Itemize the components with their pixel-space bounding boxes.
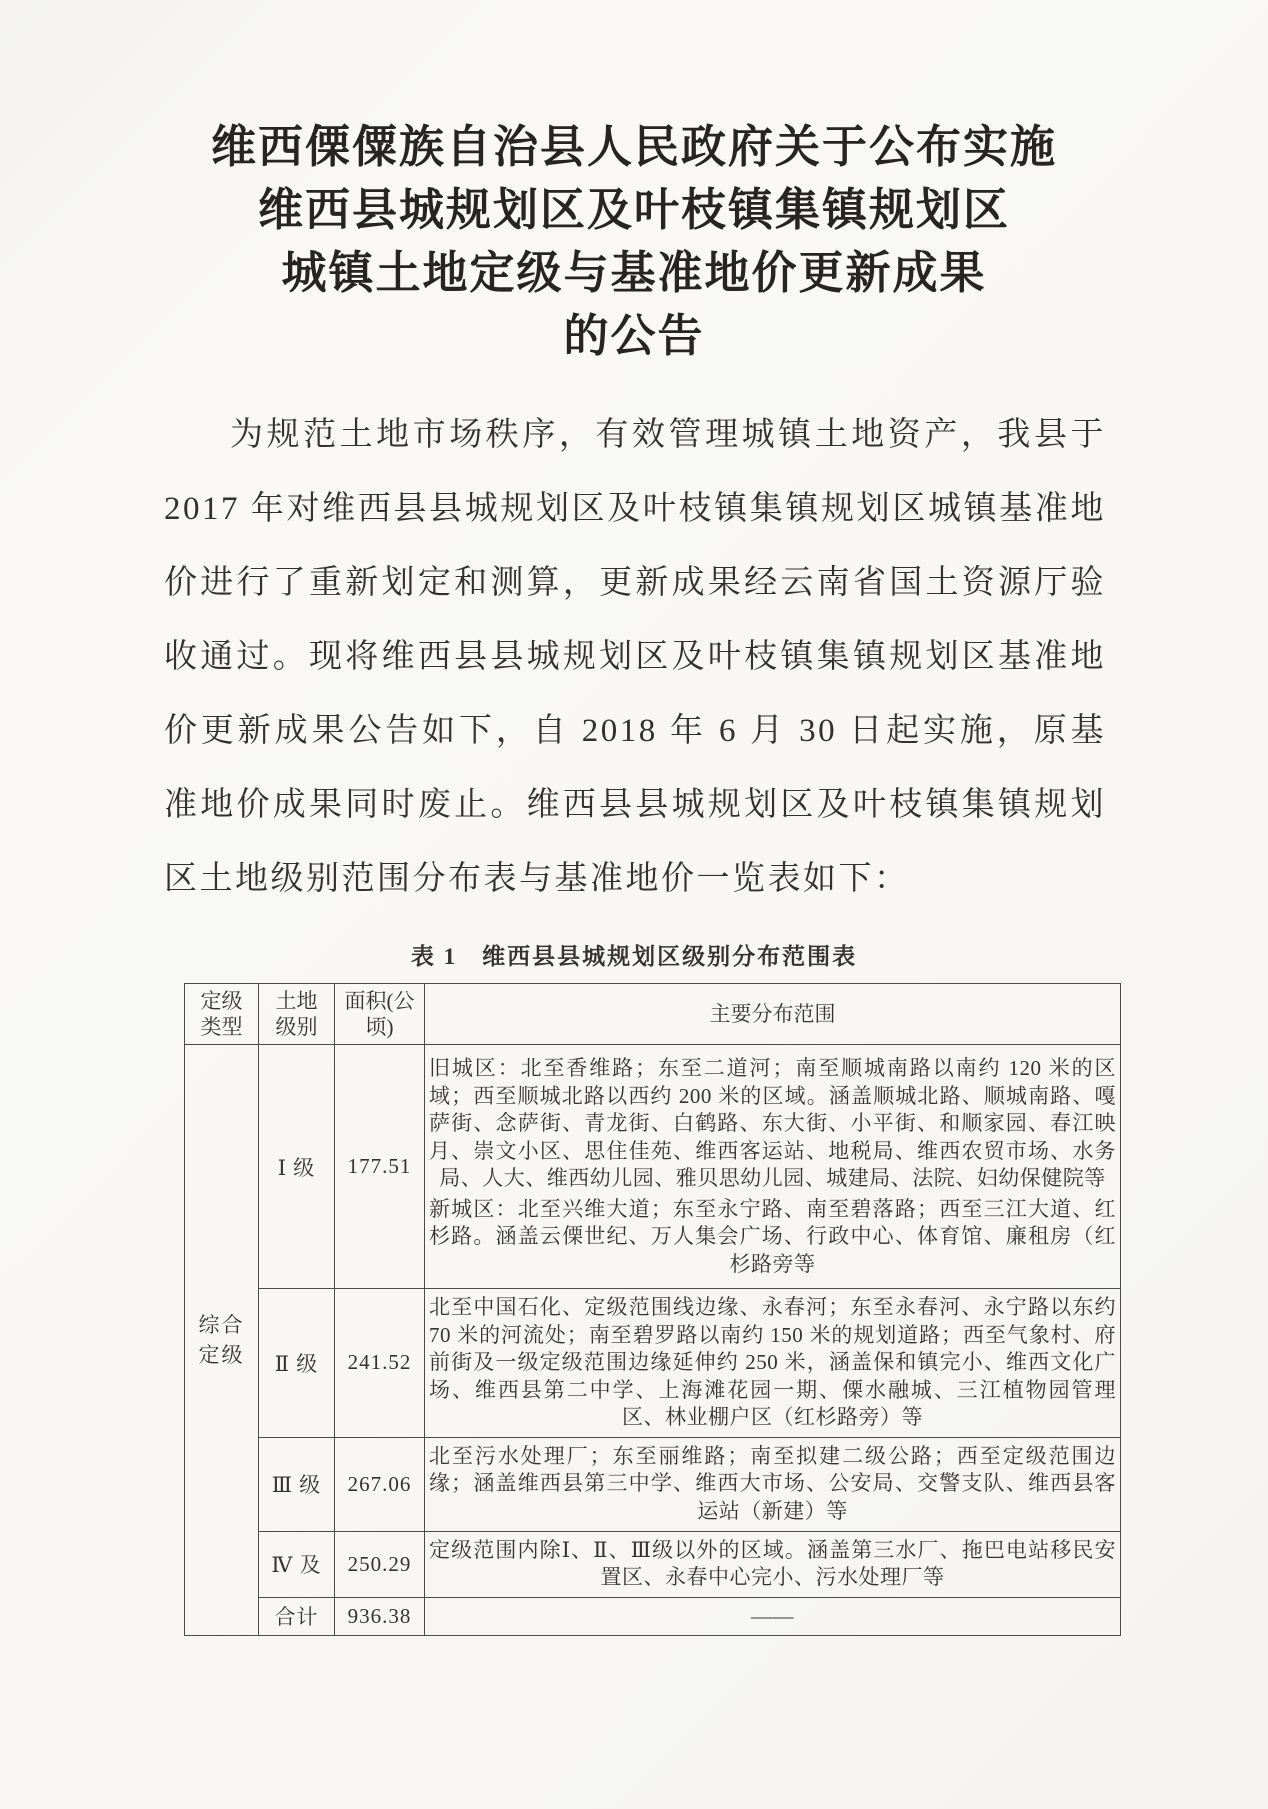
table-caption: 表 1 维西县县城规划区级别分布范围表 xyxy=(0,938,1268,971)
cell-level: Ⅳ 及 xyxy=(259,1531,335,1597)
body-paragraph: 为规范土地市场秩序，有效管理城镇土地资产，我县于 2017 年对维西县县城规划区… xyxy=(164,398,1106,916)
header-grade-type: 定级 类型 xyxy=(185,984,259,1045)
cell-area: 267.06 xyxy=(335,1437,425,1531)
range-dash: —— xyxy=(429,1603,1116,1631)
title-line-1: 维西傈僳族自治县人民政府关于公布实施 xyxy=(0,116,1268,179)
table-row: Ⅱ 级 241.52 北至中国石化、定级范围线边缘、永春河；东至永春河、永宁路以… xyxy=(185,1289,1121,1438)
title-line-4: 的公告 xyxy=(0,305,1268,368)
table-row: Ⅲ 级 267.06 北至污水处理厂；东至丽维路；南至拟建二级公路；西至定级范围… xyxy=(185,1437,1121,1531)
cell-range: 旧城区：北至香维路；东至二道河；南至顺城南路以南约 120 米的区域；西至顺城北… xyxy=(425,1045,1121,1289)
table-row: Ⅳ 及 250.29 定级范围内除Ⅰ、Ⅱ、Ⅲ级以外的区域。涵盖第三水厂、拖巴电站… xyxy=(185,1531,1121,1597)
range-paragraph: 北至中国石化、定级范围线边缘、永春河；东至永春河、永宁路以东约 70 米的河流处… xyxy=(429,1294,1116,1432)
header-area: 面积(公 顷) xyxy=(335,984,425,1045)
cell-level: Ⅰ 级 xyxy=(259,1045,335,1289)
cell-range: 北至污水处理厂；东至丽维路；南至拟建二级公路；西至定级范围边缘；涵盖维西县第三中… xyxy=(425,1437,1121,1531)
range-paragraph-new-town: 新城区：北至兴维大道；东至永宁路、南至碧落路；西至三江大道、红杉路。涵盖云傈世纪… xyxy=(429,1196,1116,1279)
cell-grade-type: 综合 定级 xyxy=(185,1045,259,1636)
header-land-level: 土地 级别 xyxy=(259,984,335,1045)
cell-area: 241.52 xyxy=(335,1289,425,1438)
cell-area-total: 936.38 xyxy=(335,1597,425,1636)
cell-area: 177.51 xyxy=(335,1045,425,1289)
table-header-row: 定级 类型 土地 级别 面积(公 顷) 主要分布范围 xyxy=(185,984,1121,1045)
cell-area: 250.29 xyxy=(335,1531,425,1597)
cell-level: Ⅲ 级 xyxy=(259,1437,335,1531)
cell-level-total: 合计 xyxy=(259,1597,335,1636)
header-main-range: 主要分布范围 xyxy=(425,984,1121,1045)
title-line-2: 维西县城规划区及叶枝镇集镇规划区 xyxy=(0,179,1268,242)
range-paragraph-old-town: 旧城区：北至香维路；东至二道河；南至顺城南路以南约 120 米的区域；西至顺城北… xyxy=(429,1055,1116,1193)
cell-level: Ⅱ 级 xyxy=(259,1289,335,1438)
land-grade-range-table: 定级 类型 土地 级别 面积(公 顷) 主要分布范围 综合 定级 Ⅰ 级 177… xyxy=(184,983,1121,1636)
cell-range-total: —— xyxy=(425,1597,1121,1636)
document-page: 维西傈僳族自治县人民政府关于公布实施 维西县城规划区及叶枝镇集镇规划区 城镇土地… xyxy=(0,0,1268,1809)
table-row: 综合 定级 Ⅰ 级 177.51 旧城区：北至香维路；东至二道河；南至顺城南路以… xyxy=(185,1045,1121,1289)
range-paragraph: 定级范围内除Ⅰ、Ⅱ、Ⅲ级以外的区域。涵盖第三水厂、拖巴电站移民安置区、永春中心完… xyxy=(429,1537,1116,1592)
table-row-total: 合计 936.38 —— xyxy=(185,1597,1121,1636)
cell-range: 定级范围内除Ⅰ、Ⅱ、Ⅲ级以外的区域。涵盖第三水厂、拖巴电站移民安置区、永春中心完… xyxy=(425,1531,1121,1597)
range-paragraph: 北至污水处理厂；东至丽维路；南至拟建二级公路；西至定级范围边缘；涵盖维西县第三中… xyxy=(429,1443,1116,1526)
document-title: 维西傈僳族自治县人民政府关于公布实施 维西县城规划区及叶枝镇集镇规划区 城镇土地… xyxy=(0,0,1268,368)
title-line-3: 城镇土地定级与基准地价更新成果 xyxy=(0,242,1268,305)
cell-range: 北至中国石化、定级范围线边缘、永春河；东至永春河、永宁路以东约 70 米的河流处… xyxy=(425,1289,1121,1438)
